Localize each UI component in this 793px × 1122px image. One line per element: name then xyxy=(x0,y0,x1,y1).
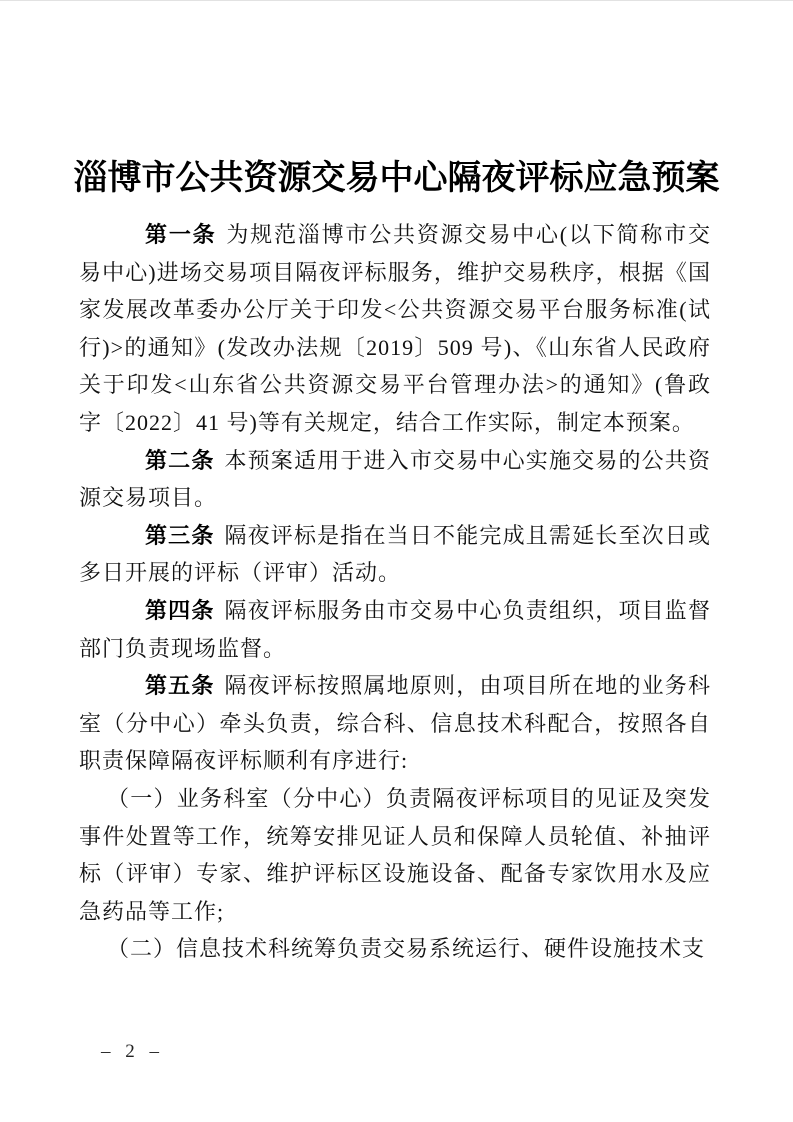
article-4-head: 第四条 xyxy=(145,598,215,623)
paragraph-article-3: 第三条隔夜评标是指在当日不能完成且需延长至次日或多日开展的评标（评审）活动。 xyxy=(79,517,711,592)
item-2-text: （二）信息技术科统筹负责交易系统运行、硬件设施技术支 xyxy=(107,936,705,961)
article-1-text: 为规范淄博市公共资源交易中心(以下简称市交易中心)进场交易项目隔夜评标服务，维护… xyxy=(79,222,711,435)
document-page: 淄博市公共资源交易中心隔夜评标应急预案 第一条为规范淄博市公共资源交易中心(以下… xyxy=(0,0,793,1122)
paragraph-item-1: （一）业务科室（分中心）负责隔夜评标项目的见证及突发事件处置等工作，统筹安排见证… xyxy=(79,780,711,930)
article-2-head: 第二条 xyxy=(145,448,215,473)
scan-edge-line xyxy=(0,0,793,1)
paragraph-item-2: （二）信息技术科统筹负责交易系统运行、硬件设施技术支 xyxy=(79,930,711,968)
item-1-text: （一）业务科室（分中心）负责隔夜评标项目的见证及突发事件处置等工作，统筹安排见证… xyxy=(79,786,711,924)
paragraph-article-4: 第四条隔夜评标服务由市交易中心负责组织，项目监督部门负责现场监督。 xyxy=(79,592,711,667)
document-title: 淄博市公共资源交易中心隔夜评标应急预案 xyxy=(0,159,793,199)
paragraph-article-1: 第一条为规范淄博市公共资源交易中心(以下简称市交易中心)进场交易项目隔夜评标服务… xyxy=(79,216,711,442)
document-body: 第一条为规范淄博市公共资源交易中心(以下简称市交易中心)进场交易项目隔夜评标服务… xyxy=(79,216,711,968)
article-5-head: 第五条 xyxy=(145,673,215,698)
paragraph-article-2: 第二条本预案适用于进入市交易中心实施交易的公共资源交易项目。 xyxy=(79,442,711,517)
page-number: – 2 – xyxy=(101,1040,164,1064)
paragraph-article-5: 第五条隔夜评标按照属地原则，由项目所在地的业务科室（分中心）牵头负责，综合科、信… xyxy=(79,667,711,780)
article-3-head: 第三条 xyxy=(145,523,215,548)
article-1-head: 第一条 xyxy=(145,222,216,247)
